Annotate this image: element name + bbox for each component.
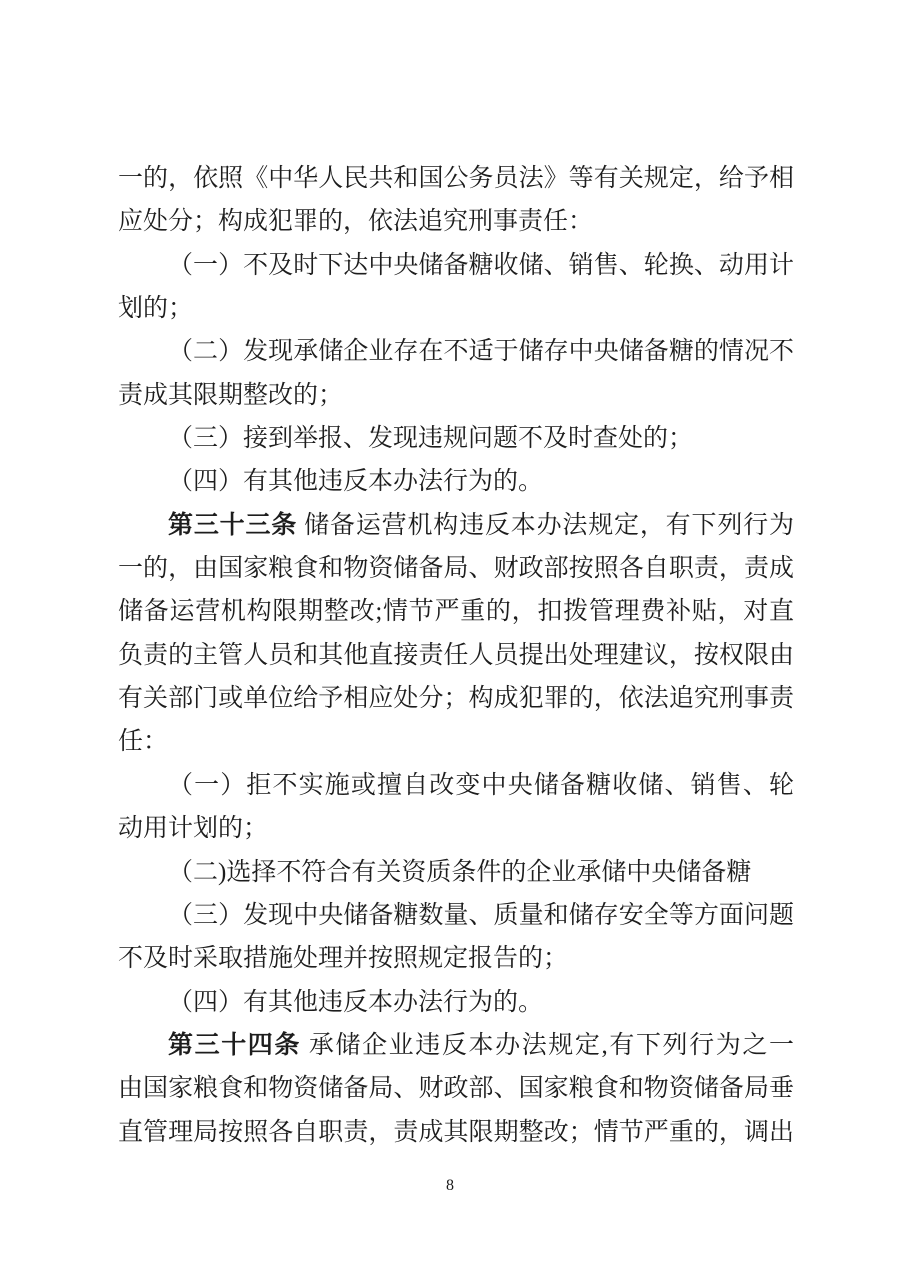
document-text: 一的，依照《中华人民共和国公务员法》等有关规定，给予相应处分；构成犯罪的，依法追… bbox=[118, 157, 794, 1154]
text-line: （四）有其他违反本办法行为的。 bbox=[118, 460, 794, 503]
document-page: 一的，依照《中华人民共和国公务员法》等有关规定，给予相应处分；构成犯罪的，依法追… bbox=[0, 0, 900, 1273]
text-line: （三）接到举报、发现违规问题不及时查处的； bbox=[118, 417, 794, 460]
page-number: 8 bbox=[0, 1176, 900, 1196]
text-line: 第三十三条 储备运营机构违反本办法规定，有下列行为之 bbox=[118, 504, 794, 547]
text-line: 责成其限期整改的； bbox=[118, 374, 794, 417]
text-run: 一的，依照《中华人民共和国公务员法》等有关规定，给予相 bbox=[118, 165, 794, 192]
text-run: 直管理局按照各自职责，责成其限期整改；情节严重的，调出 bbox=[118, 1119, 794, 1146]
text-line: （四）有其他违反本办法行为的。 bbox=[118, 981, 794, 1024]
article-number: 第三十四条 bbox=[168, 1032, 301, 1059]
text-run: （一）拒不实施或擅自改变中央储备糖收储、销售、轮换、 bbox=[168, 772, 794, 807]
text-run: （三）接到举报、发现违规问题不及时查处的； bbox=[168, 425, 693, 452]
text-line: 一的，由国家粮食和物资储备局、财政部按照各自职责，责成 bbox=[118, 547, 794, 590]
text-run: 动用计划的； bbox=[118, 815, 268, 842]
text-run: （三）发现中央储备糖数量、质量和储存安全等方面问题 bbox=[168, 902, 794, 929]
text-line: 任： bbox=[118, 720, 794, 763]
text-line: 不及时采取措施处理并按照规定报告的； bbox=[118, 937, 794, 980]
text-run: 由国家粮食和物资储备局、财政部、国家粮食和物资储备局垂 bbox=[118, 1075, 794, 1102]
text-line: 应处分；构成犯罪的，依法追究刑事责任： bbox=[118, 200, 794, 243]
text-run: 储备运营机构限期整改;情节严重的，扣拨管理费补贴，对直接 bbox=[118, 598, 794, 633]
text-run: （一）不及时下达中央储备糖收储、销售、轮换、动用计 bbox=[168, 252, 794, 279]
text-run: 有关部门或单位给予相应处分；构成犯罪的，依法追究刑事责 bbox=[118, 685, 794, 712]
text-line: 一的，依照《中华人民共和国公务员法》等有关规定，给予相 bbox=[118, 157, 794, 200]
text-line: 负责的主管人员和其他直接责任人员提出处理建议，按权限由 bbox=[118, 634, 794, 677]
article-number: 第三十三条 bbox=[168, 512, 297, 539]
text-run: 负责的主管人员和其他直接责任人员提出处理建议，按权限由 bbox=[118, 642, 794, 669]
text-line: 由国家粮食和物资储备局、财政部、国家粮食和物资储备局垂 bbox=[118, 1067, 794, 1110]
text-run: 责成其限期整改的； bbox=[118, 382, 343, 409]
text-line: （二）发现承储企业存在不适于储存中央储备糖的情况不 bbox=[118, 330, 794, 373]
text-run: 一的，由国家粮食和物资储备局、财政部按照各自职责，责成 bbox=[118, 555, 794, 582]
text-line: 划的； bbox=[118, 287, 794, 330]
text-line: （二)选择不符合有关资质条件的企业承储中央储备糖的； bbox=[118, 851, 794, 894]
text-line: 直管理局按照各自职责，责成其限期整改；情节严重的，调出 bbox=[118, 1111, 794, 1154]
text-run: 不及时采取措施处理并按照规定报告的； bbox=[118, 945, 568, 972]
text-line: （一）拒不实施或擅自改变中央储备糖收储、销售、轮换、 bbox=[118, 764, 794, 807]
text-run: 划的； bbox=[118, 295, 193, 322]
text-line: （一）不及时下达中央储备糖收储、销售、轮换、动用计 bbox=[118, 244, 794, 287]
text-run: 应处分；构成犯罪的，依法追究刑事责任： bbox=[118, 208, 593, 235]
text-line: （三）发现中央储备糖数量、质量和储存安全等方面问题 bbox=[118, 894, 794, 937]
text-line: 储备运营机构限期整改;情节严重的，扣拨管理费补贴，对直接 bbox=[118, 590, 794, 633]
text-run: （四）有其他违反本办法行为的。 bbox=[168, 989, 543, 1016]
text-line: 有关部门或单位给予相应处分；构成犯罪的，依法追究刑事责 bbox=[118, 677, 794, 720]
text-run: （二）发现承储企业存在不适于储存中央储备糖的情况不 bbox=[168, 338, 794, 365]
text-run: 任： bbox=[118, 728, 168, 755]
text-line: 第三十四条 承储企业违反本办法规定,有下列行为之一的， bbox=[118, 1024, 794, 1067]
text-run: （四）有其他违反本办法行为的。 bbox=[168, 468, 543, 495]
text-run: （二)选择不符合有关资质条件的企业承储中央储备糖的； bbox=[168, 859, 751, 894]
text-line: 动用计划的； bbox=[118, 807, 794, 850]
